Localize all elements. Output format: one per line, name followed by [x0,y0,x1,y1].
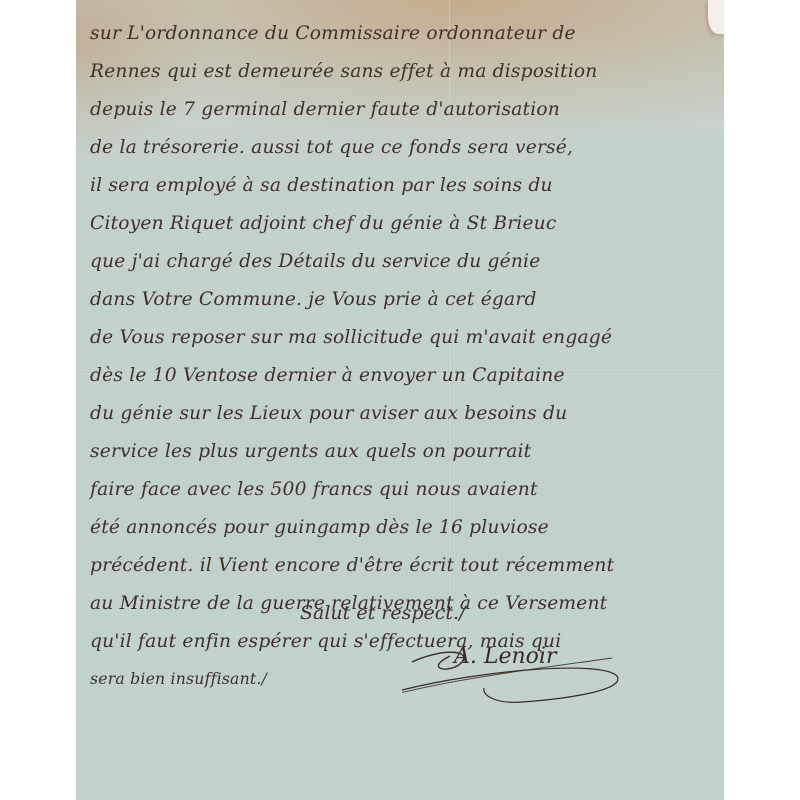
letter-body: sur L'ordonnance du Commissaire ordonnat… [90,14,650,698]
signature-name: A. Lenoir [454,644,556,669]
letter-line: il sera employé à sa destination par les… [90,166,639,204]
letter-line: dans Votre Commune. je Vous prie à cet é… [90,280,639,318]
letter-line: depuis le 7 germinal dernier faute d'aut… [90,90,639,128]
letter-line: de Vous reposer sur ma sollicitude qui m… [90,318,639,356]
letter-line: Citoyen Riquet adjoint chef du génie à S… [90,204,639,242]
letter-line: de la trésorerie. aussi tot que ce fonds… [90,128,639,166]
letter-line: dès le 10 Ventose dernier à envoyer un C… [90,356,639,394]
letter-line: précédent. il Vient encore d'être écrit … [90,546,639,584]
letter-line: sur L'ordonnance du Commissaire ordonnat… [90,14,639,52]
torn-corner [708,0,724,34]
letter-line: du génie sur les Lieux pour aviser aux b… [90,394,639,432]
letter-line: service les plus urgents aux quels on po… [90,432,639,470]
letter-line: Rennes qui est demeurée sans effet à ma … [90,52,639,90]
letter-line: faire face avec les 500 francs qui nous … [90,470,639,508]
document-viewer: sur L'ordonnance du Commissaire ordonnat… [0,0,800,800]
letter-closing: Salut et respect./ [300,602,465,624]
letter-line: été annoncés pour guingamp dès le 16 plu… [90,508,639,546]
letter-line: que j'ai chargé des Détails du service d… [90,242,639,280]
signature: A. Lenoir [402,640,622,720]
